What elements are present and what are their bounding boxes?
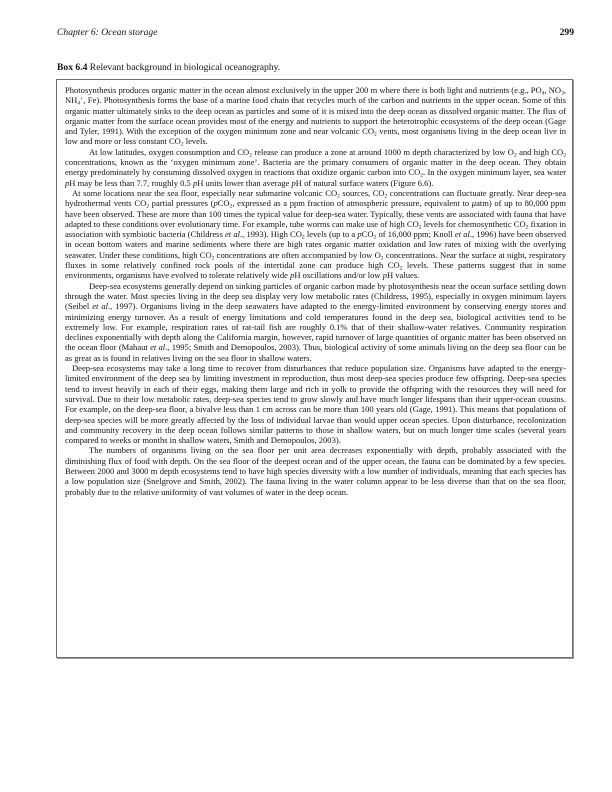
box-label: Box 6.4 [57,62,87,73]
paragraph-2: At low latitudes, oxygen consumption and… [65,147,566,188]
page-number: 299 [560,27,574,38]
paragraph-5: Deep-sea ecosystems may take a long time… [65,363,566,445]
paragraph-1: Photosynthesis produces organic matter i… [65,85,566,147]
running-title: Chapter 6: Ocean storage [57,27,157,38]
paragraph-4: Deep-sea ecosystems generally depend on … [65,281,566,363]
paragraph-6: The numbers of organisms living on the s… [65,445,566,496]
text-box: Photosynthesis produces organic matter i… [56,79,573,658]
paragraph-3: At some locations near the sea floor, es… [65,188,566,281]
box-caption-text: Relevant background in biological oceano… [90,62,280,73]
box-caption: Box 6.4 Relevant background in biologica… [57,62,280,73]
page-header: Chapter 6: Ocean storage 299 [57,27,574,41]
